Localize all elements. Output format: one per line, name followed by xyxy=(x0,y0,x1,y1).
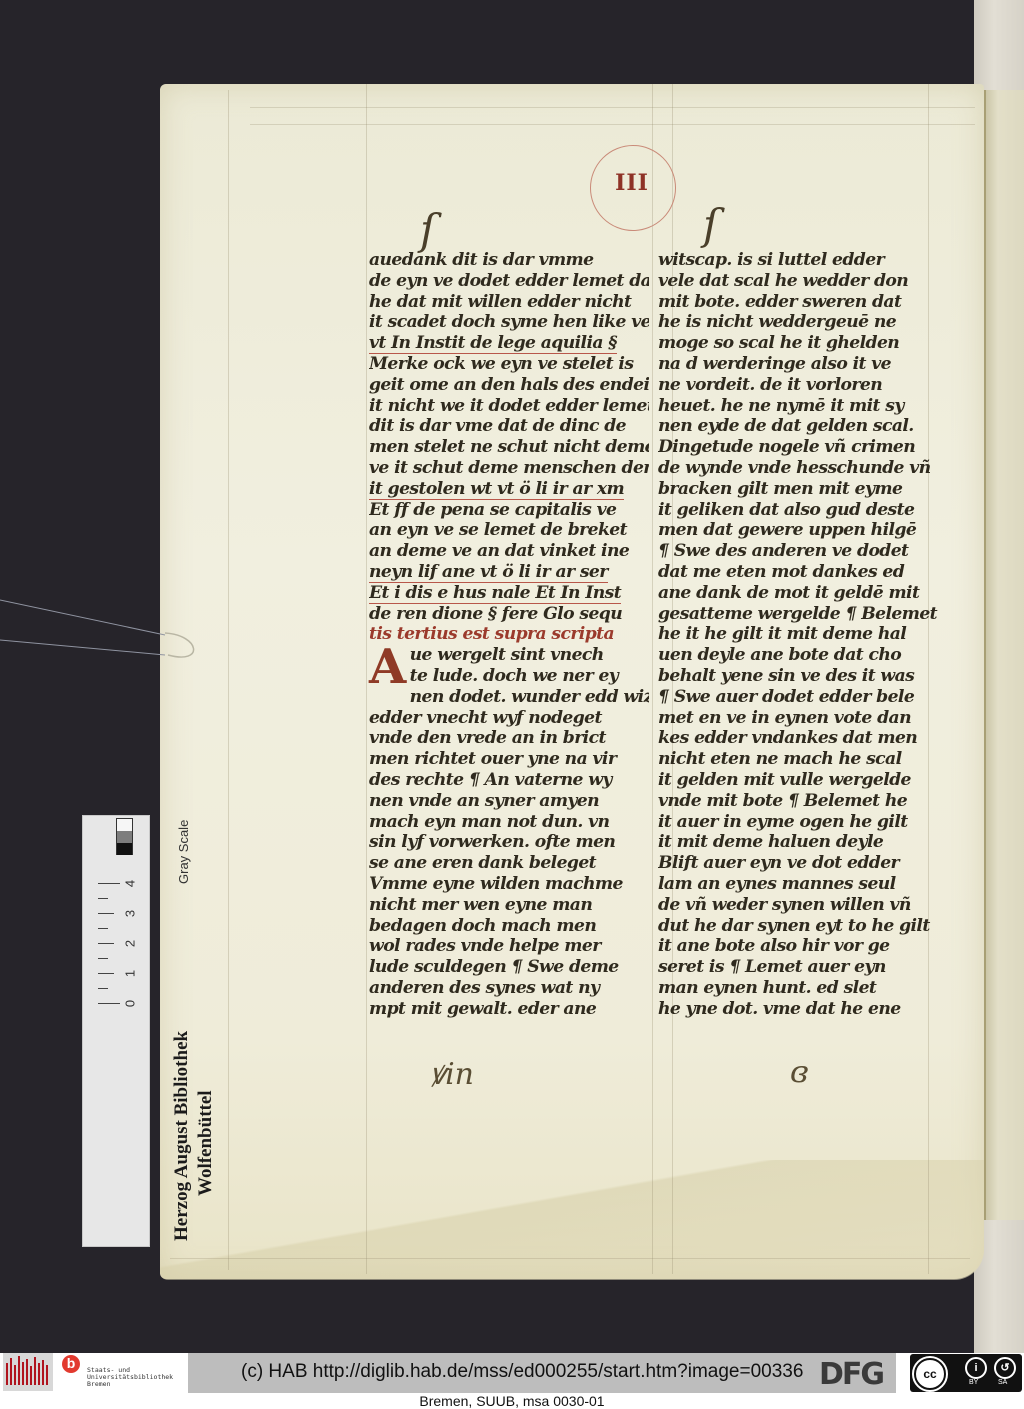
text-line: man eynen hunt. ed slet xyxy=(658,978,938,999)
text-line: Vmme eyne wilden machme xyxy=(369,874,649,895)
text-line-paragraph: vnde mit bote ¶ Belemet he xyxy=(658,791,938,812)
text-line-red-initial: Blift auer eyn ve dot edder xyxy=(658,853,938,874)
manuscript-image-viewer: III ſ ſ auedank dit is dar vmme de eyn v… xyxy=(0,0,1024,1353)
scale-tick xyxy=(98,943,114,944)
text-line: se ane eren dank beleget xyxy=(369,853,649,874)
scale-tick xyxy=(98,1003,120,1004)
page-fold-damage xyxy=(160,1160,984,1280)
text-line: ve it schut deme menschen dem xyxy=(369,458,649,479)
scale-number: 3 xyxy=(123,907,138,921)
color-scale-card: Herzog August Bibliothek Wolfenbüttel Gr… xyxy=(82,815,150,1247)
text-line: bedagen doch mach men xyxy=(369,916,649,937)
rubric-line: tis tertius est supra scripta xyxy=(369,624,649,645)
text-line-citation: vt In Instit de lege aquilia § xyxy=(369,333,649,354)
text-line: an eyn ve se lemet de breket xyxy=(369,520,649,541)
ruling-line xyxy=(250,124,975,125)
text-line: it ane bote also hir vor ge xyxy=(658,936,938,957)
text-line: behalt yene sin ve des it was xyxy=(658,666,938,687)
by-label: BY xyxy=(969,1379,978,1386)
ruling-line xyxy=(228,90,229,1270)
scale-tick xyxy=(98,958,108,959)
dfg-logo: DFG xyxy=(819,1357,883,1392)
text-line-citation: neyn lif ane vt ö li ir ar ser xyxy=(369,562,649,583)
ascender-flourish: ſ xyxy=(420,205,436,254)
sa-label: SA xyxy=(998,1379,1007,1386)
citation-text: Et ff de pena se capitalis ve xyxy=(369,500,616,521)
text-line: he it he gilt it mit deme hal xyxy=(658,624,938,645)
suub-text-line: Bremen xyxy=(87,1381,173,1388)
initial-line-text: ue wergelt sint vnech xyxy=(410,645,604,665)
ruling-line xyxy=(652,84,653,1274)
shelfmark: Bremen, SUUB, msa 0030-01 xyxy=(0,1393,1024,1409)
text-line: dit is dar vme dat de dinc de xyxy=(369,416,649,437)
text-line-citation: Et i dis e hus nale Et In Inst xyxy=(369,583,649,604)
text-line: geit ome an den hals des endeit xyxy=(369,375,649,396)
text-line: uen deyle ane bote dat cho xyxy=(658,645,938,666)
catchword-flourish-right: ɞ xyxy=(790,1055,808,1090)
swatch-white xyxy=(116,818,133,831)
ascender-flourish: ſ xyxy=(703,200,719,249)
institution-name: Herzog August Bibliothek xyxy=(171,1031,193,1241)
text-line-paragraph: des rechte ¶ An vaterne wy xyxy=(369,770,649,791)
gray-scale-label: Gray Scale xyxy=(176,820,191,884)
text-line: de vñ weder synen willen vñ xyxy=(658,895,938,916)
text-line-paragraph: ¶ Swe des anderen ve dodet xyxy=(658,541,938,562)
text-line-paragraph: ¶ Swe auer dodet edder bele xyxy=(658,687,938,708)
text-line-citation: it gestolen wt vt ö li ir ar xm xyxy=(369,479,649,500)
scale-number: 4 xyxy=(123,877,138,891)
ruling-line xyxy=(170,1258,970,1259)
text-line: dat me eten mot dankes ed xyxy=(658,562,938,583)
text-line: vnde den vrede an in brict xyxy=(369,728,649,749)
cc-icon: cc xyxy=(914,1358,946,1390)
page-edge-stack xyxy=(984,90,1024,1220)
text-line-citation: Et ff de pena se capitalis ve xyxy=(369,500,649,521)
text-line: nen dodet. wunder edd wiz xyxy=(410,687,649,708)
citation-text: it gestolen wt vt ö li ir ar xm xyxy=(369,479,624,500)
institution-city: Wolfenbüttel xyxy=(195,1090,217,1196)
text-line-paragraph: lude sculdegen ¶ Swe deme xyxy=(369,957,649,978)
text-line: sin lyf vorwerken. ofte men xyxy=(369,832,649,853)
attribution-icon: i xyxy=(965,1357,987,1379)
text-line: Merke ock we eyn ve stelet is xyxy=(369,354,649,375)
citation-text: vt In Instit de lege aquilia § xyxy=(369,333,617,354)
text-line: met en ve in eynen vote dan xyxy=(658,708,938,729)
suub-logo-letter: b xyxy=(62,1355,80,1373)
text-line: men dat gewere uppen hilgē xyxy=(658,520,938,541)
text-line: edder vnecht wyf nodeget xyxy=(369,708,649,729)
text-column-right: witscap. is si luttel edder vele dat sca… xyxy=(658,250,938,1019)
text-line: an deme ve an dat vinket ine xyxy=(369,541,649,562)
catchword-flourish-left: ꝟin xyxy=(430,1052,474,1093)
scale-tick xyxy=(98,913,114,914)
text-line: nen vnde an syner amyen xyxy=(369,791,649,812)
text-line: de wynde vnde hesschunde vñ xyxy=(658,458,938,479)
text-line: nen eyde de dat gelden scal. xyxy=(658,416,938,437)
swatch-gray xyxy=(116,831,133,843)
text-line: mit bote. edder sweren dat xyxy=(658,292,938,313)
text-line: he dat mit willen edder nicht xyxy=(369,292,649,313)
scale-tick xyxy=(98,973,114,974)
text-line: it gelden mit vulle wergelde xyxy=(658,770,938,791)
text-line: ne vordeit. de it vorloren xyxy=(658,375,938,396)
text-column-left: auedank dit is dar vmme de eyn ve dodet … xyxy=(369,250,649,1019)
text-line: it scadet doch syme hen like vele xyxy=(369,312,649,333)
scale-tick xyxy=(98,883,120,884)
text-line-citation: de ren dione § fere Glo sequ xyxy=(369,604,649,625)
ruling-line xyxy=(366,84,367,1274)
text-line: he is nicht weddergeuē ne xyxy=(658,312,938,333)
citation-text: de ren dione § fere Glo sequ xyxy=(369,604,622,625)
ruling-line xyxy=(250,107,975,108)
text-line: mpt mit gewalt. eder ane xyxy=(369,999,649,1020)
footer: b Staats- und Universitätsbibliothek Bre… xyxy=(0,1353,1024,1409)
suub-logo-text: Staats- und Universitätsbibliothek Breme… xyxy=(87,1367,173,1388)
decorated-initial: A xyxy=(369,647,406,687)
text-line: nicht mer wen eyne man xyxy=(369,895,649,916)
text-line: dut he dar synen eyt to he gilt xyxy=(658,916,938,937)
share-alike-icon: ↺ xyxy=(994,1357,1016,1379)
text-line: Dingetude nogele vñ crimen xyxy=(658,437,938,458)
text-line: bracken gilt men mit eyme xyxy=(658,479,938,500)
text-line: men richtet ouer yne na vir xyxy=(369,749,649,770)
text-line: mach eyn man not dun. vn xyxy=(369,812,649,833)
text-line: it nicht we it dodet edder lemet xyxy=(369,396,649,417)
scale-tick xyxy=(98,928,108,929)
scale-tick xyxy=(98,898,108,899)
text-line: it mit deme haluen deyle xyxy=(658,832,938,853)
text-line: de eyn ve dodet edder lemet dat xyxy=(369,271,649,292)
text-line-paragraph: seret is ¶ Lemet auer eyn xyxy=(658,957,938,978)
initial-line-text: te lude. doch we ner ey xyxy=(410,666,619,686)
binding-thread xyxy=(0,555,205,665)
text-line: wol rades vnde helpe mer xyxy=(369,936,649,957)
text-line: vele dat scal he wedder don xyxy=(658,271,938,292)
folio-number: III xyxy=(590,170,674,196)
scale-number: 2 xyxy=(123,937,138,951)
text-line-paragraph: gesatteme wergelde ¶ Belemet xyxy=(658,604,938,625)
library-logo-bars xyxy=(3,1353,53,1391)
swatch-black xyxy=(116,843,133,855)
text-line: it geliken dat also gud deste xyxy=(658,500,938,521)
citation-text: neyn lif ane vt ö li ir ar ser xyxy=(369,562,608,583)
citation-text: Et i dis e hus nale Et In Inst xyxy=(369,583,621,604)
text-line: witscap. is si luttel edder xyxy=(658,250,938,271)
text-line-initial: A ue wergelt sint vnech te lude. doch we… xyxy=(369,645,649,687)
text-line: he yne dot. vme dat he ene xyxy=(658,999,938,1020)
text-line: it auer in eyme ogen he gilt xyxy=(658,812,938,833)
text-line: nicht eten ne mach he scal xyxy=(658,749,938,770)
text-line: moge so scal he it ghelden xyxy=(658,333,938,354)
text-line: anderen des synes wat ny xyxy=(369,978,649,999)
scale-number: 0 xyxy=(123,997,138,1011)
text-line: ane dank de mot it geldē mit xyxy=(658,583,938,604)
text-line: na d werderinge also it ve xyxy=(658,354,938,375)
text-line: kes edder vndankes dat men xyxy=(658,728,938,749)
barcode-logo-icon xyxy=(3,1353,53,1391)
text-line: men stelet ne schut nicht deme xyxy=(369,437,649,458)
scale-tick xyxy=(98,988,108,989)
text-line: lam an eynes mannes seul xyxy=(658,874,938,895)
copyright-link[interactable]: (c) HAB http://diglib.hab.de/mss/ed00025… xyxy=(241,1361,803,1383)
text-line: heuet. he ne nymē it mit sy xyxy=(658,396,938,417)
cc-license-badge[interactable]: cc i ↺ BY SA xyxy=(910,1354,1022,1392)
scale-number: 1 xyxy=(123,967,138,981)
text-line: auedank dit is dar vmme xyxy=(369,250,649,271)
